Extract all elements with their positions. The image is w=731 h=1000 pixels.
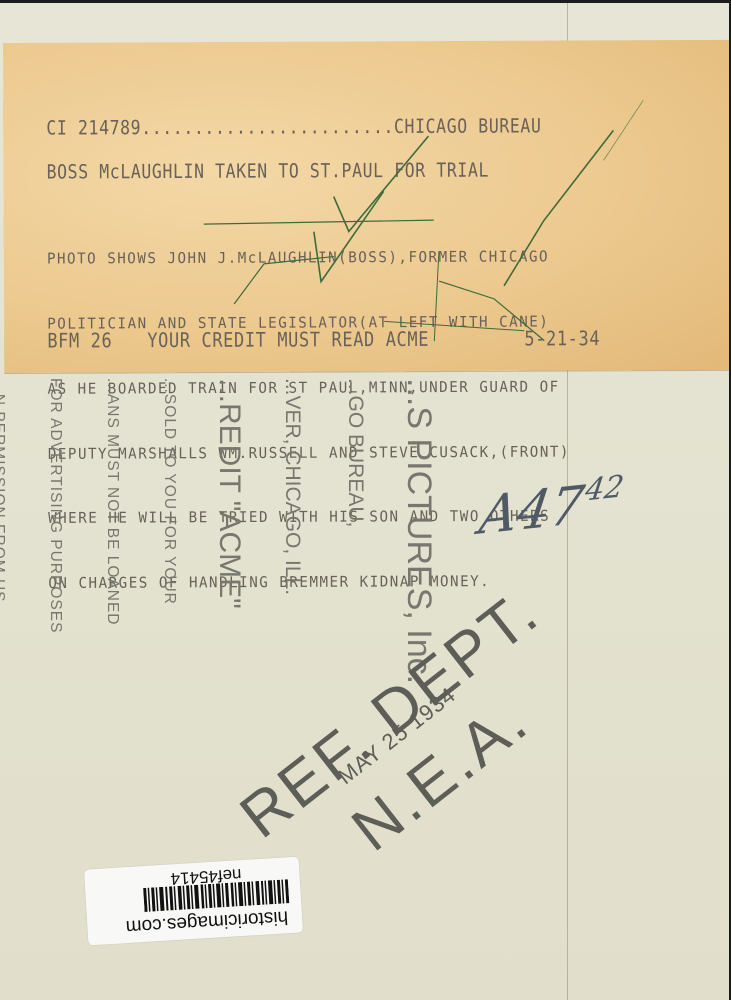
barcode-sticker: nef45414 historicimages.com [84,857,303,946]
acme-stamp-line: FOR ADVERTISING PURPOSES [45,378,66,684]
acme-stamp-line: ...REDIT "ACME" [216,378,243,684]
checkmark-icon [3,40,729,373]
handwritten-main: A47 [476,475,588,547]
photo-back-paper: CI 214789........................CHICAGO… [0,3,729,1000]
caption-slip: CI 214789........................CHICAGO… [3,40,729,373]
acme-stamp-line: ...GO BUREAU, [342,378,369,684]
acme-stamp-line: ...ANS MUST NOT BE LOANED [102,378,123,684]
acme-stamp-line: ...VER, CHICAGO, ILL. [279,378,306,684]
acme-stamp-line: ...SOLD TO YOU FOR YOUR [159,378,180,684]
acme-stamp-line: ...N PERMISSION FROM US. [0,378,9,684]
handwritten-superscript: 42 [583,469,626,509]
